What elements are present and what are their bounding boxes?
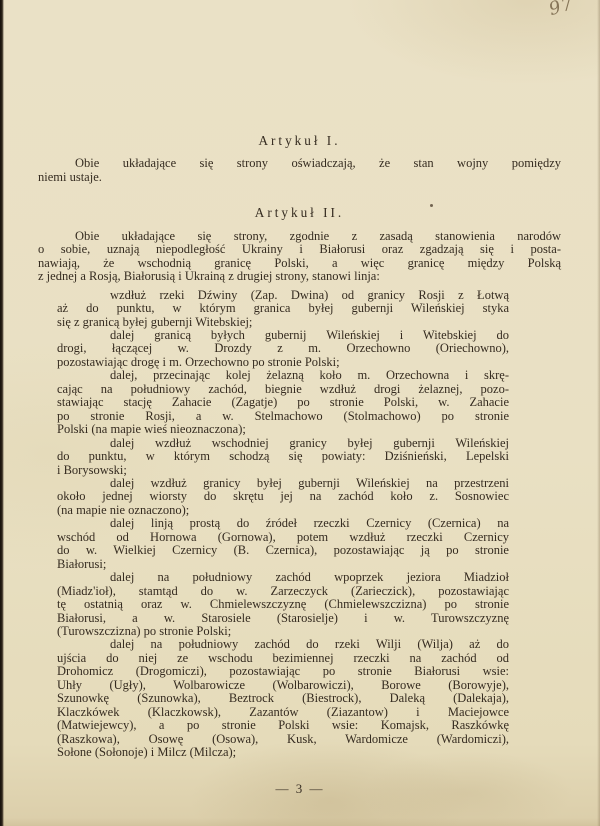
text-line: po stronie Rosji, a w. Stelmachowo (Stol… [57, 410, 509, 423]
text-line: Obie układające się strony oświadczają, … [38, 157, 561, 170]
text-line: nawiają, że wschodnią granicę Polski, a … [38, 257, 561, 270]
text-line: Białorusi, a w. Starosiele (Starosielje)… [57, 612, 509, 625]
text-line: Szunowkę (Szunowka), Beztrock (Biestrock… [57, 692, 509, 705]
border-clause-paragraph: dalej na południowy zachód do rzeki Wilj… [57, 638, 509, 759]
scan-edge-left [0, 0, 4, 826]
text-line: pozostawiając drogę i m. Orzechowno po s… [57, 356, 509, 369]
text-line: się z granicą byłej gubernji Witebskiej; [57, 316, 509, 329]
text-line: cając na południowy zachód, biegnie wzdł… [57, 383, 509, 396]
text-line: dalej na południowy zachód wpoprzek jezi… [57, 571, 509, 584]
text-line: Polski (na mapie wieś nieoznaczona); [57, 423, 509, 436]
article-heading: Artykuł I. [38, 134, 561, 147]
text-line: o sobie, uznają niepodległość Ukrainy i … [38, 243, 561, 256]
text-line: Białorusi; [57, 558, 509, 571]
border-clause-paragraph: dalej linją prostą do źródeł rzeczki Cze… [57, 517, 509, 571]
text-line: z jednej a Rosją, Białorusią i Ukrainą z… [38, 270, 561, 283]
text-line: Klaczkówek (Klaczkowsk), Zazantów (Ziaza… [57, 706, 509, 719]
text-line: Obie układające się strony, zgodnie z za… [38, 230, 561, 243]
text-line: niemi ustaje. [38, 171, 561, 184]
text-line: wzdłuż rzeki Dźwiny (Zap. Dwina) od gran… [57, 289, 509, 302]
text-line: dalej wzdłuż granicy byłej gubernji Wile… [57, 477, 509, 490]
text-line: drogi, łączącej w. Drozdy z m. Orzechown… [57, 342, 509, 355]
article: Artykuł I.Obie układające się strony ośw… [38, 134, 561, 184]
text-line: (Turowszczizna) po stronie Polski; [57, 625, 509, 638]
text-line: stawiając stację Zahacie (Zagatje) po st… [57, 396, 509, 409]
article: Artykuł II.Obie układające się strony, z… [38, 206, 561, 759]
text-line: (Matwiejewcy), a po stronie Polski wsie:… [57, 719, 509, 732]
text-line: i Borysowski; [57, 464, 509, 477]
article-heading: Artykuł II. [38, 206, 561, 219]
handwritten-page-mark: 97 [547, 0, 577, 20]
text-line: do w. Wielkiej Czernicy (B. Czernica), p… [57, 544, 509, 557]
text-line: ujścia do niej ze wschodu bezimiennej rz… [57, 652, 509, 665]
text-line: Uhły (Ugły), Wolbarowicze (Wolbarowiczi)… [57, 679, 509, 692]
page-number: — 3 — [0, 781, 600, 797]
border-clause-paragraph: dalej wzdłuż granicy byłej gubernji Wile… [57, 477, 509, 517]
text-line: dalej na południowy zachód do rzeki Wilj… [57, 638, 509, 651]
text-line: Drohomicz (Drogomiczi), pozostawiając po… [57, 665, 509, 678]
text-line: dalej, przecinając kolej żelazną koło m.… [57, 369, 509, 382]
paragraph: Obie układające się strony oświadczają, … [38, 157, 561, 184]
border-clause-paragraph: dalej granicą byłych gubernij Wileńskiej… [57, 329, 509, 369]
text-line: wschód od Hornowa (Gornowa), potem wzdłu… [57, 531, 509, 544]
document-page: { "doc": { "handwritten_page_mark": "97"… [0, 0, 600, 826]
text-line: tę ostatnią oraz w. Chmielewszczyznę (Ch… [57, 598, 509, 611]
text-line: dalej linją prostą do źródeł rzeczki Cze… [57, 517, 509, 530]
border-clause-paragraph: dalej wzdłuż wschodniej granicy byłej gu… [57, 437, 509, 477]
text-line: (Raszkowa), Osowę (Osowa), Kusk, Wardomi… [57, 733, 509, 746]
text-line: aż do punktu, w którym granica byłej gub… [57, 302, 509, 315]
text-line: (na mapie nie oznaczono); [57, 504, 509, 517]
border-clause-paragraph: dalej, przecinając kolej żelazną koło m.… [57, 369, 509, 436]
page-text: Artykuł I.Obie układające się strony ośw… [38, 134, 561, 759]
text-line: dalej granicą byłych gubernij Wileńskiej… [57, 329, 509, 342]
border-clause-paragraph: dalej na południowy zachód wpoprzek jezi… [57, 571, 509, 638]
border-clause-paragraph: wzdłuż rzeki Dźwiny (Zap. Dwina) od gran… [57, 289, 509, 329]
paragraph: Obie układające się strony, zgodnie z za… [38, 230, 561, 284]
text-line: Sołone (Sołonoje) i Milcz (Milcza); [57, 746, 509, 759]
text-line: (Miadz'ioł), stamtąd do w. Zarzeczyck (Z… [57, 585, 509, 598]
text-line: do punktu, w którym schodzą się powiaty:… [57, 450, 509, 463]
text-line: około jednej wiorsty do skrętu jej na za… [57, 490, 509, 503]
text-line: dalej wzdłuż wschodniej granicy byłej gu… [57, 437, 509, 450]
